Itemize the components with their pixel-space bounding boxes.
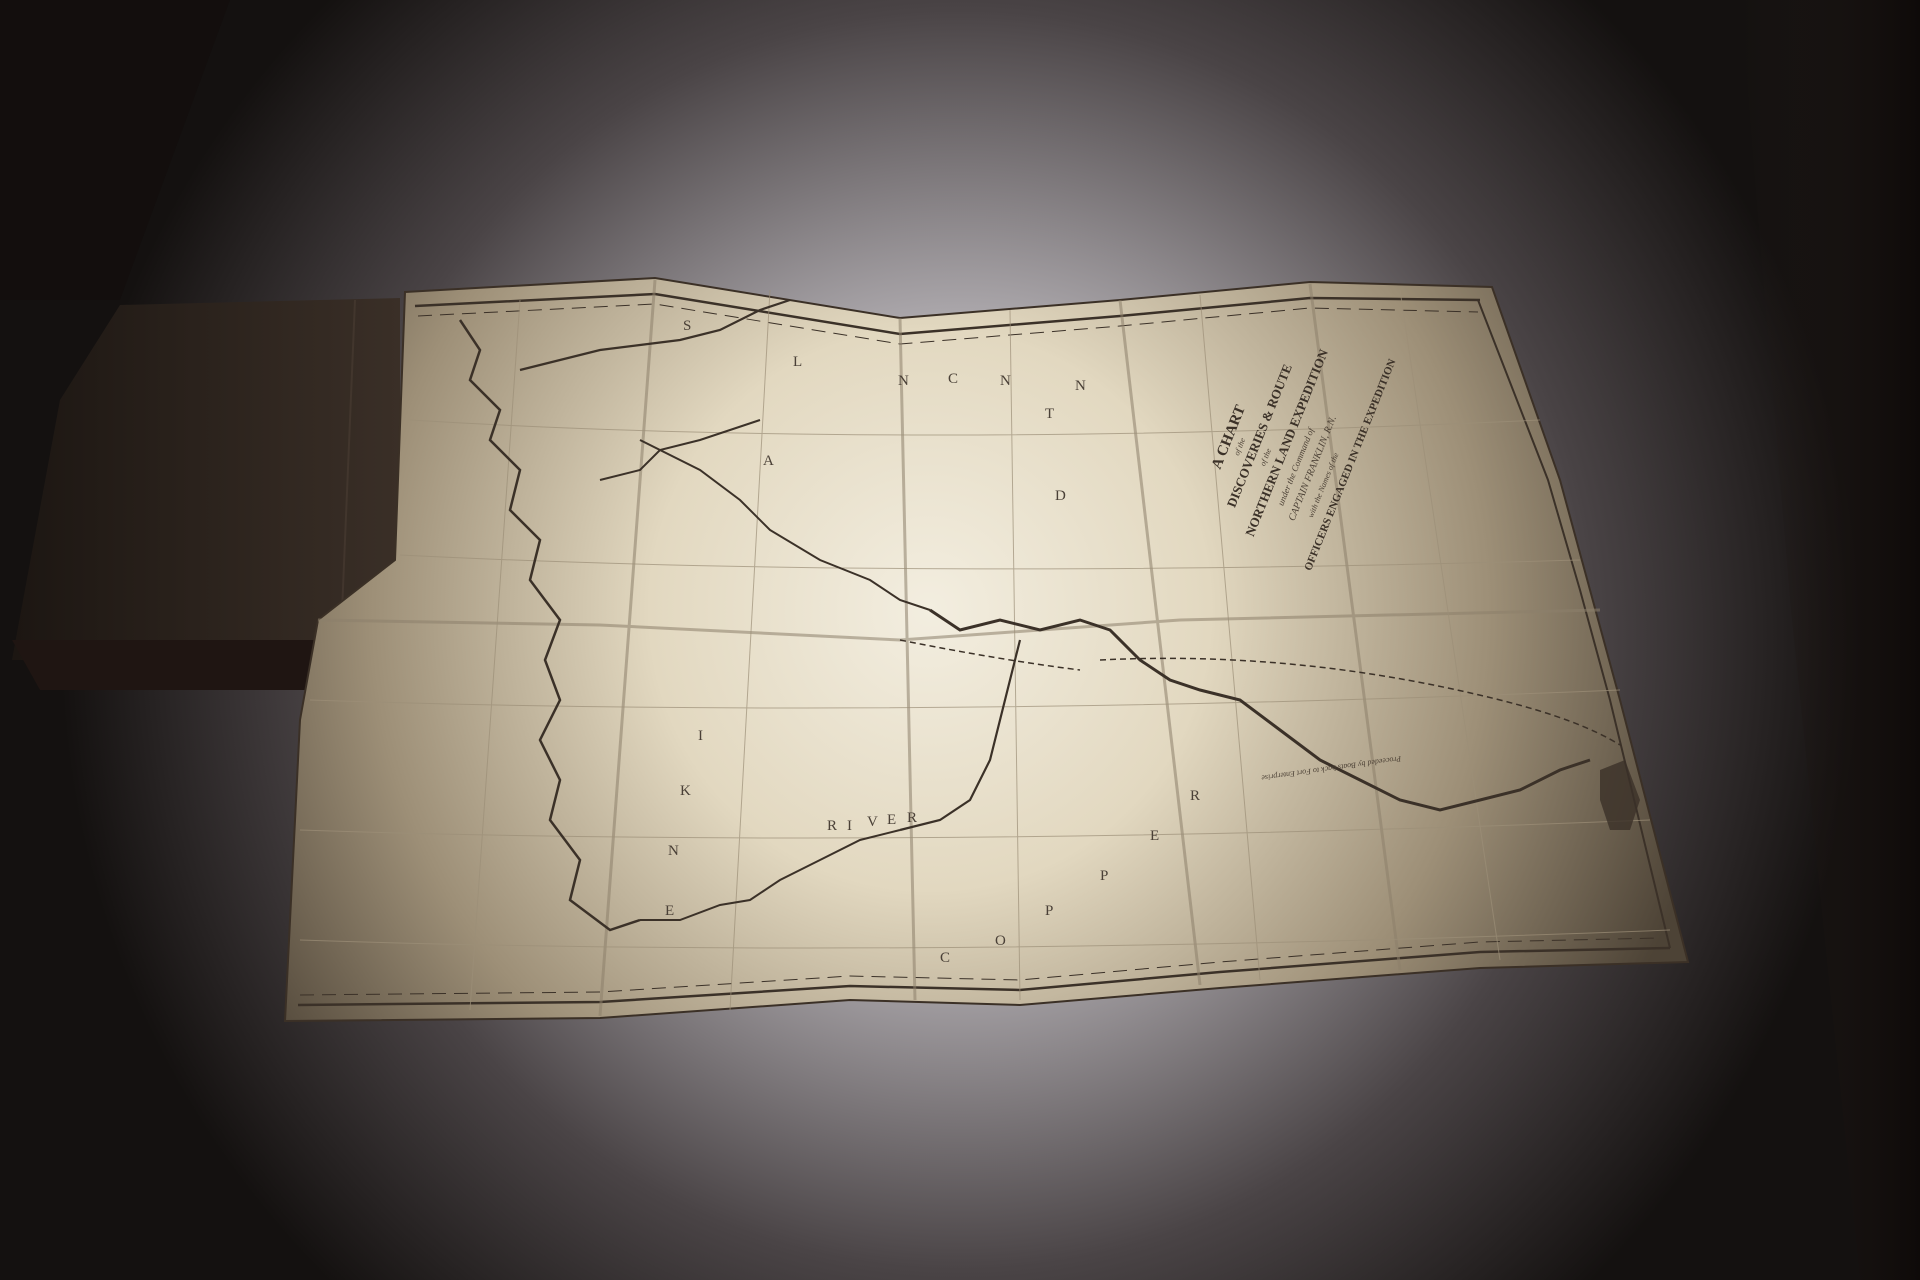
region-letter: R — [827, 818, 837, 834]
region-letter: S — [683, 318, 691, 334]
region-letter: E — [1150, 828, 1159, 844]
map-photo-svg: A CHART of the DISCOVERIES & ROUTE of th… — [0, 0, 1920, 1280]
region-letter: C — [940, 950, 950, 966]
region-letter: K — [680, 783, 691, 799]
region-letter: R — [907, 810, 917, 826]
region-letter: I — [847, 818, 852, 834]
region-letter: N — [1075, 378, 1086, 394]
region-letter: N — [668, 843, 679, 859]
region-letter: R — [1190, 788, 1200, 804]
region-letter: L — [793, 354, 802, 370]
region-letter: E — [887, 812, 896, 828]
region-letter: N — [1000, 373, 1011, 389]
region-letter: N — [898, 373, 909, 389]
region-letter: A — [763, 453, 774, 469]
region-letter: C — [948, 371, 958, 387]
region-letter: T — [1045, 406, 1054, 422]
region-letter: I — [698, 728, 703, 744]
region-letter: V — [867, 814, 878, 830]
photograph-scene: A CHART of the DISCOVERIES & ROUTE of th… — [0, 0, 1920, 1280]
region-letter: P — [1045, 903, 1053, 919]
folded-map: A CHART of the DISCOVERIES & ROUTE of th… — [285, 278, 1688, 1021]
region-letter: P — [1100, 868, 1108, 884]
region-letter: E — [665, 903, 674, 919]
region-letter: O — [995, 933, 1006, 949]
region-letter: D — [1055, 488, 1066, 504]
